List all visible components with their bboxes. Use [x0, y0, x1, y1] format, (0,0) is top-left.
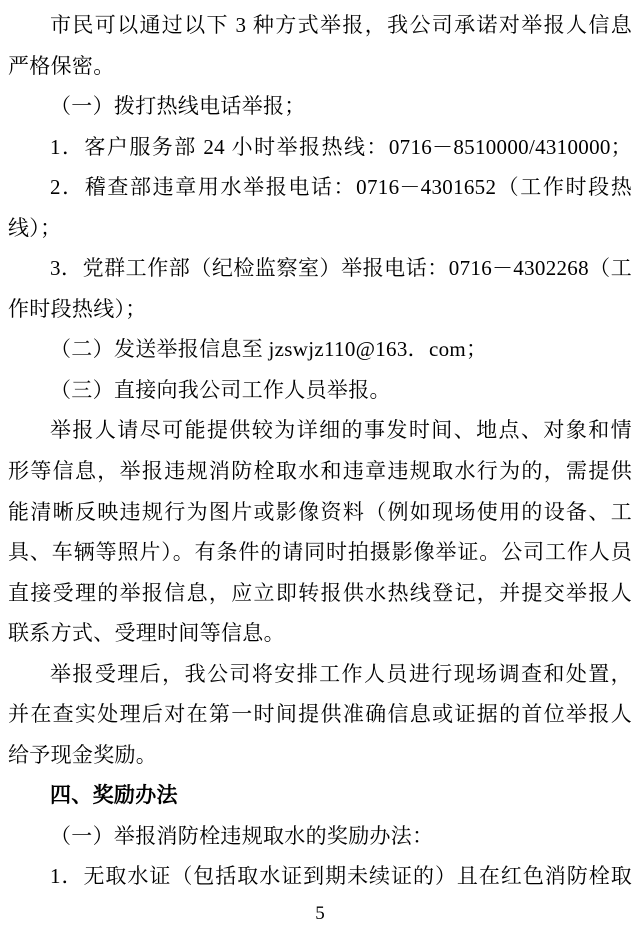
text-line: 严格保密。: [8, 46, 632, 87]
text-line: 1．客户服务部 24 小时举报热线：0716－8510000/4310000；: [8, 127, 632, 168]
text-line: 具、车辆等照片）。有条件的请同时拍摄影像举证。公司工作人员: [8, 532, 632, 573]
text-line: （二）发送举报信息至 jzswjz110@163．com；: [8, 329, 632, 370]
section-heading: 四、奖励办法: [8, 775, 632, 816]
text-line: 并在查实处理后对在第一时间提供准确信息或证据的首位举报人: [8, 694, 632, 735]
text-line: 2．稽查部违章用水举报电话：0716－4301652（工作时段热: [8, 167, 632, 208]
text-line: 形等信息，举报违规消防栓取水和违章违规取水行为的，需提供: [8, 451, 632, 492]
document-page: 市民可以通过以下 3 种方式举报，我公司承诺对举报人信息严格保密。（一）拨打热线…: [0, 0, 640, 926]
text-line: 举报受理后，我公司将安排工作人员进行现场调查和处置，: [8, 654, 632, 695]
document-body: 市民可以通过以下 3 种方式举报，我公司承诺对举报人信息严格保密。（一）拨打热线…: [8, 5, 632, 897]
text-line: 市民可以通过以下 3 种方式举报，我公司承诺对举报人信息: [8, 5, 632, 46]
text-line: 直接受理的举报信息，应立即转报供水热线登记，并提交举报人: [8, 573, 632, 614]
text-line: （三）直接向我公司工作人员举报。: [8, 370, 632, 411]
text-line: 3．党群工作部（纪检监察室）举报电话：0716－4302268（工: [8, 248, 632, 289]
text-line: 举报人请尽可能提供较为详细的事发时间、地点、对象和情: [8, 410, 632, 451]
text-line: 1．无取水证（包括取水证到期未续证的）且在红色消防栓取: [8, 856, 632, 897]
text-line: 给予现金奖励。: [8, 735, 632, 776]
text-line: 联系方式、受理时间等信息。: [8, 613, 632, 654]
text-line: 作时段热线）；: [8, 289, 632, 330]
text-line: （一）举报消防栓违规取水的奖励办法：: [8, 816, 632, 857]
text-line: 线）；: [8, 208, 632, 249]
text-line: 能清晰反映违规行为图片或影像资料（例如现场使用的设备、工: [8, 492, 632, 533]
text-line: （一）拨打热线电话举报；: [8, 86, 632, 127]
page-number: 5: [8, 902, 632, 926]
